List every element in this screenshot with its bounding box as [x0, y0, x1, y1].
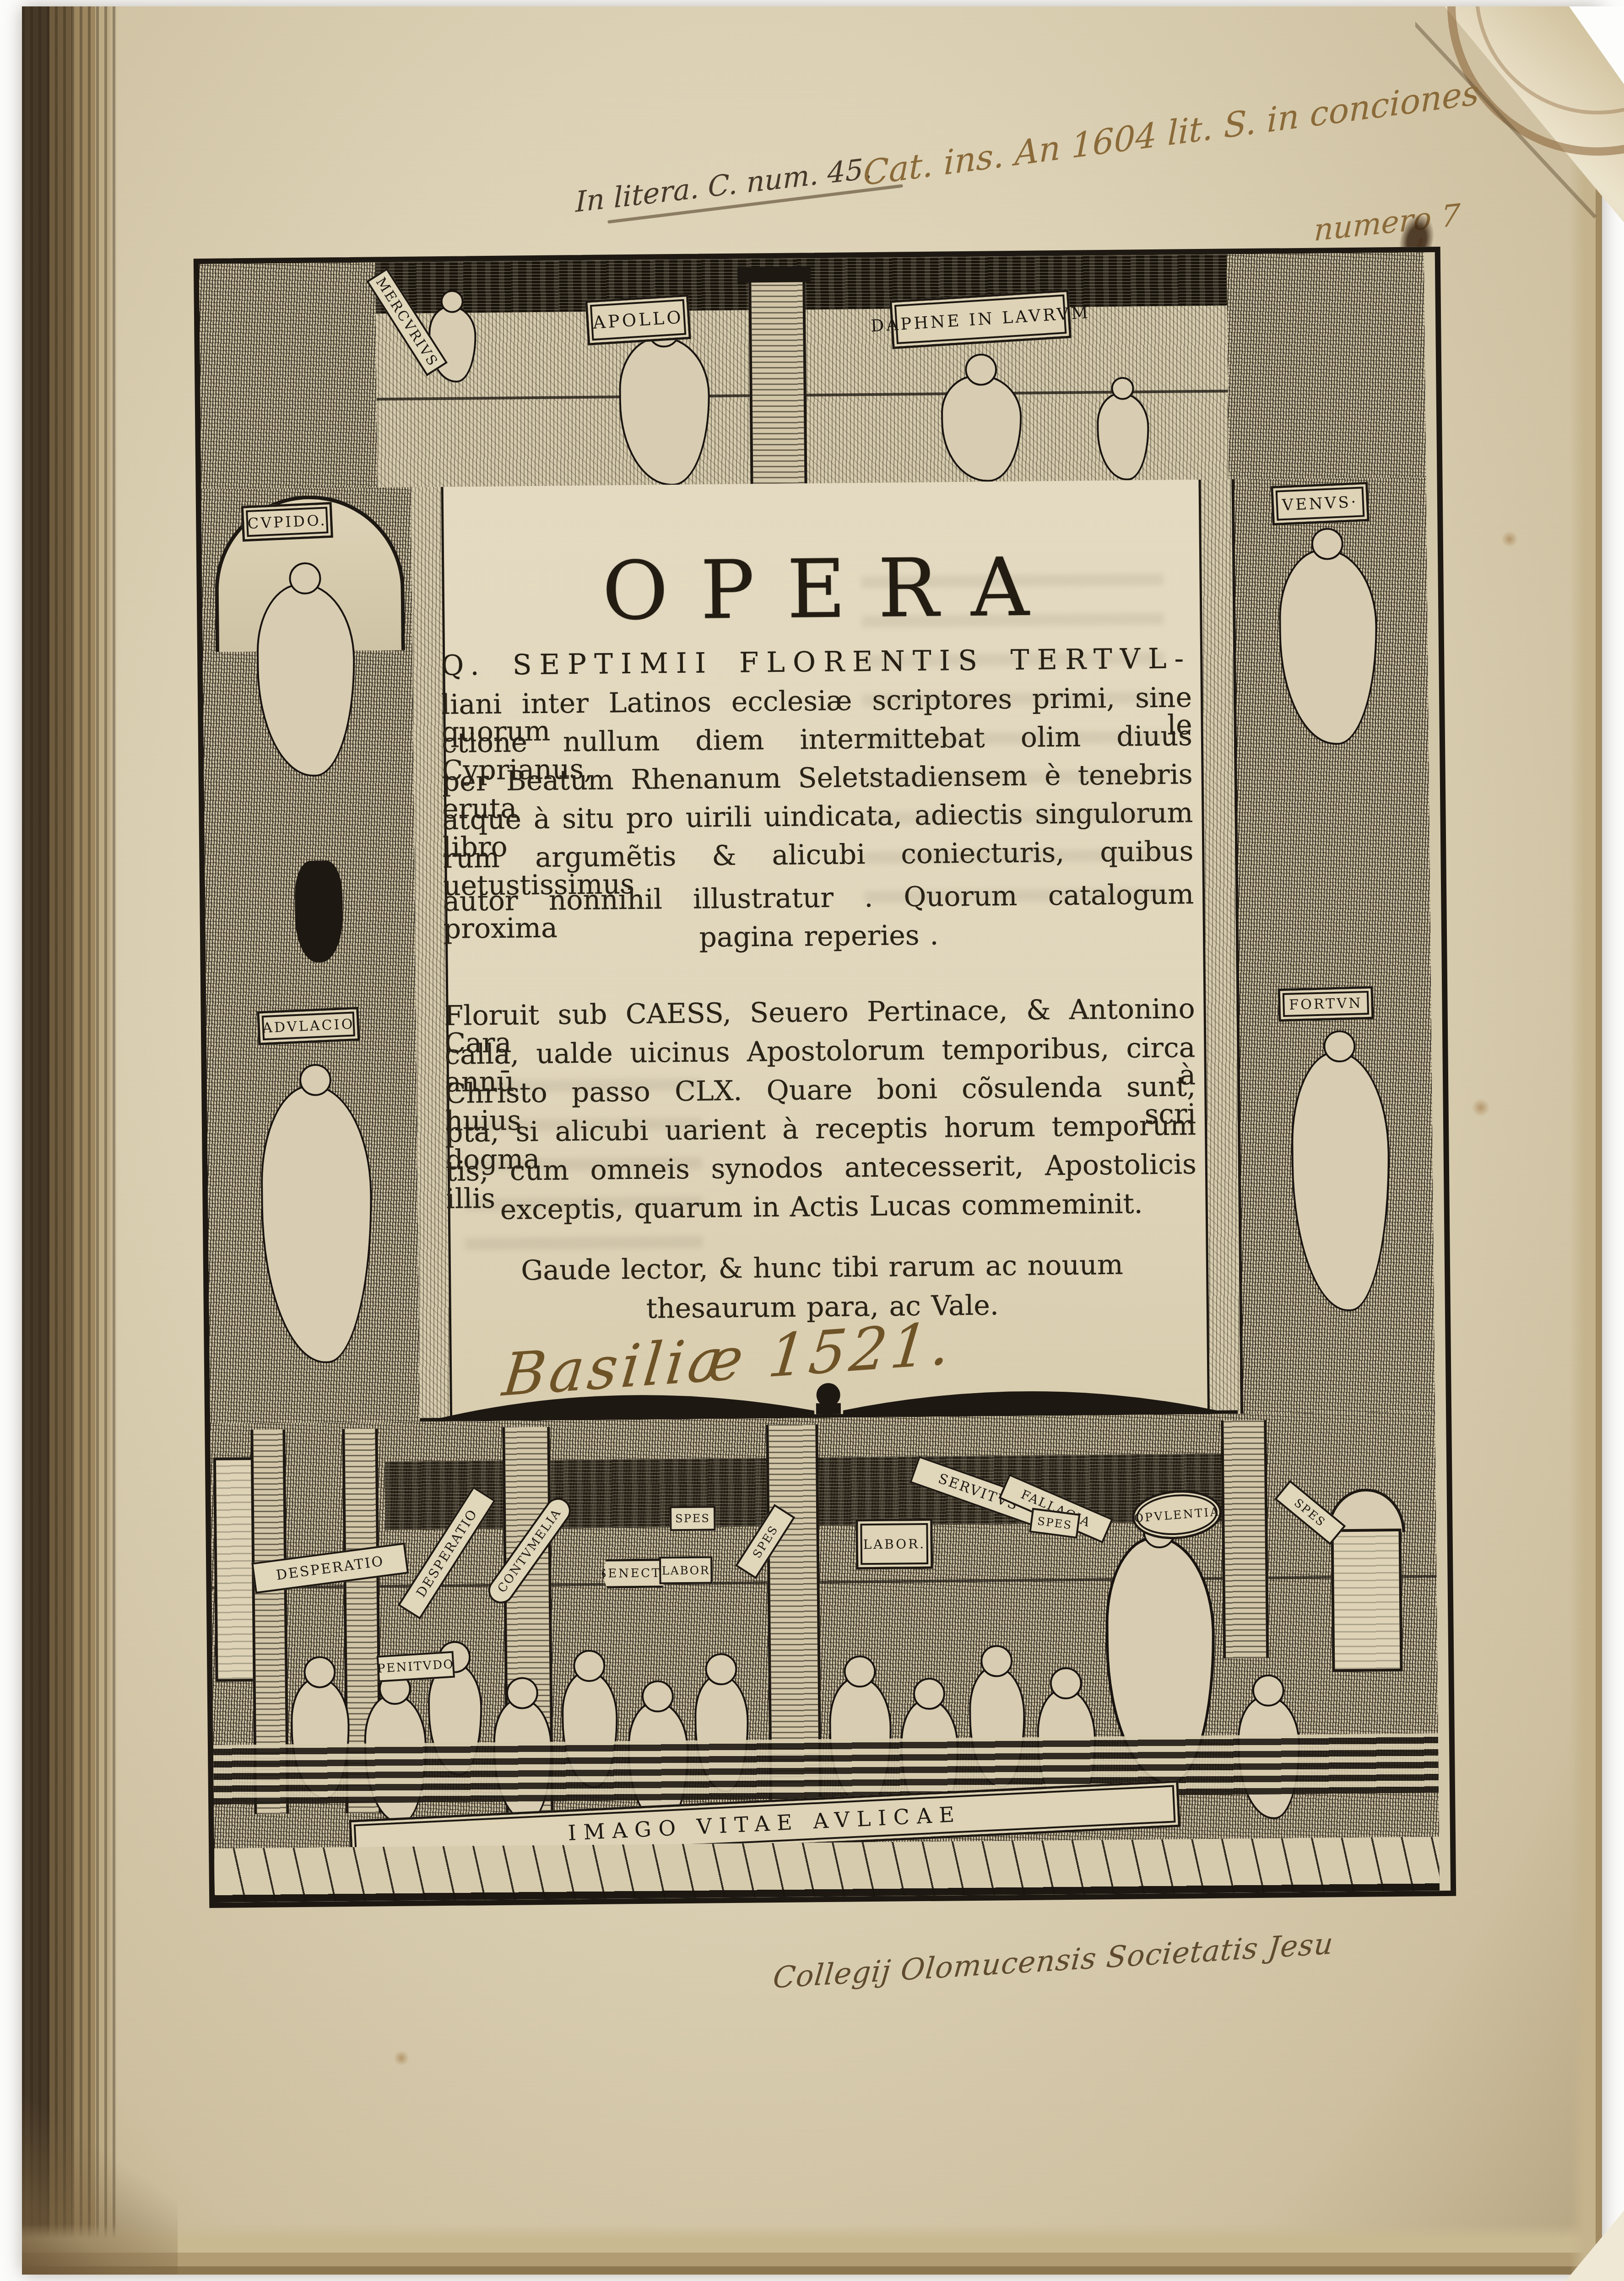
woodcut-corner-top-right: [1227, 252, 1426, 479]
foxing-spot: [1472, 1098, 1490, 1117]
apollo-label: APOLLO: [585, 294, 691, 346]
page-title: OPERA: [440, 546, 1191, 633]
labor-small-label: LABOR: [659, 1556, 713, 1584]
top-column-capital: [737, 266, 811, 283]
page-subtitle: Q. SEPTIMII FLORENTIS TERTVL-: [441, 644, 1192, 680]
woodcut-border: MERCVRIVS APOLLO DAPHNE IN LAVRVM CVPIDO…: [194, 247, 1456, 1908]
book-photo: In litera. C. num. 45. Cat. ins. An 1604…: [0, 0, 1624, 2281]
spes-small-label: SPES: [670, 1506, 716, 1531]
paragraph2-line: exceptis, quarum in Actis Lucas commemin…: [446, 1189, 1197, 1224]
senecta-label: SENECTA: [601, 1558, 668, 1588]
page-edge-left: [22, 6, 118, 2275]
woodcut-corner-top-left: [199, 262, 378, 489]
top-scene-column: [748, 275, 807, 484]
foxing-spot: [394, 2050, 409, 2066]
right-tower: [1331, 1529, 1403, 1672]
labor-plaque: LABOR.: [855, 1519, 933, 1570]
page-edge-right: [1570, 6, 1602, 2275]
page-edge-bottom: [22, 2224, 1602, 2275]
foxing-spot: [1501, 531, 1518, 547]
penitudo-label: PENITVDO: [377, 1651, 455, 1682]
adulacio-label: ADVLACIO: [257, 1007, 360, 1045]
colophon-line: Gaude lector, & hunc tibi rarum ac nouum: [447, 1250, 1198, 1285]
dogear-fold: [1415, 6, 1624, 232]
frieze-band: [213, 1733, 1439, 1805]
pillar: [1221, 1420, 1269, 1659]
flaming-urn: [294, 860, 343, 962]
tiled-floor: [214, 1837, 1440, 1903]
venus-label: VENVS·: [1271, 482, 1370, 525]
cupido-label: CVPIDO.: [241, 502, 333, 542]
fortuna-label: FORTVN: [1278, 986, 1374, 1022]
page-corner-shadow: [22, 2078, 178, 2275]
